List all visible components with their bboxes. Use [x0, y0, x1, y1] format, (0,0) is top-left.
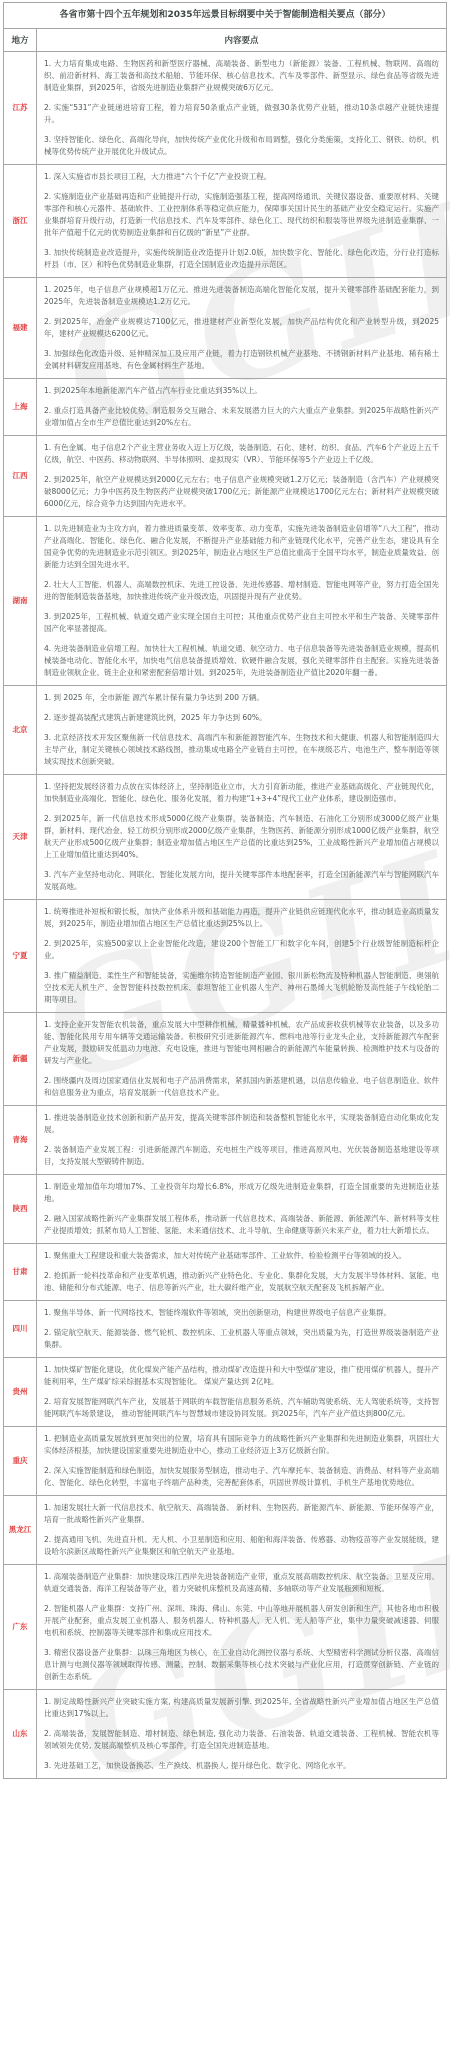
column-header-region: 地方 [4, 28, 37, 51]
table-row: 广东1. 高端装备制造产业集群：加快建设珠江西岸先进装备制造产业带，重点发展高端… [4, 1564, 447, 1689]
content-point: 2. 高端装备，发展智能制造、增材制造、绿色制造, 强化动力装备、石油装备、轨道… [44, 1728, 439, 1752]
region-cell: 上海 [4, 378, 37, 435]
content-cell: 1. 以先进制造业为主攻方向，着力推进质量变革、效率变革、动力变革，实施先进装备… [37, 516, 447, 685]
content-cell: 1. 把制造业高质量发展放到更加突出的位置，培育具有国际竞争力的战略性新兴产业集… [37, 1426, 447, 1495]
region-cell: 江西 [4, 435, 37, 516]
table-row: 天津1. 坚持把发展经济着力点放在实体经济上，坚持制造业立市，大力引育新动能，推… [4, 774, 447, 899]
region-cell: 陕西 [4, 1174, 37, 1243]
table-row: 四川1. 聚焦半导体、新一代网络技术、智能终端软件等领域，突出创新驱动，构建世界… [4, 1300, 447, 1357]
content-point: 2. 装备制造产业发展工程：引进新能源汽车制造、充电桩生产线等项目，推进高原风电… [44, 1144, 439, 1168]
content-point: 2. 深入实施智能制造和绿色制造，加快发展服务型制造，推动电子、汽车摩托车、装备… [44, 1465, 439, 1489]
region-cell: 天津 [4, 774, 37, 899]
region-cell: 山东 [4, 1689, 37, 1778]
content-point: 2. 到2025年，新一代信息技术形成5000亿级产业集群，装备制造、汽车制造、… [44, 813, 439, 861]
region-cell: 浙江 [4, 164, 37, 277]
content-cell: 1. 到 2025 年，全市新能 源汽车累计保有量力争达到 200 万辆。2. … [37, 685, 447, 774]
content-cell: 1. 聚焦半导体、新一代网络技术、智能终端软件等领域，突出创新驱动，构建世界级电… [37, 1300, 447, 1357]
content-point: 2. 实施“531”产业链递进培育工程，着力培育50条重点产业链，做强30条优势… [44, 102, 439, 126]
content-cell: 1. 聚焦重大工程建设和重大装备需求，加大对传统产业基础零部件、工业软件、检验检… [37, 1243, 447, 1300]
content-point: 1. 坚持把发展经济着力点放在实体经济上，坚持制造业立市，大力引育新动能，推进产… [44, 781, 439, 805]
content-point: 2. 围绕疆内及周边国家通信业发展和电子产品消费需求，紧抓国内新基建机遇，以信息… [44, 1075, 439, 1099]
content-cell: 1. 推进装备制造业技术创新和新产品开发，提高关键零部件制造和装备整机智能化水平… [37, 1105, 447, 1174]
table-row: 黑龙江1. 加速发展壮大新一代信息技术、航空航天、高端装备、 新材料、生物医药、… [4, 1495, 447, 1564]
content-point: 2. 培育发展智能网联汽车产业，发展基于网联的车载智能信息服务系统、汽车辅助驾驶… [44, 1396, 439, 1420]
table-row: 宁夏1. 统筹推进补短板和锻长板，加快产业体系升级和基础能力再造，提升产业链供应… [4, 899, 447, 1012]
table-row: 浙江1. 深入实施省市县长项目工程，大力推进“六个千亿”产业投资工程。2. 实施… [4, 164, 447, 277]
content-point: 2. 抢抓新一轮科技革命和产业变革机遇，推动新兴产业特色化、专业化、集群化发展，… [44, 1270, 439, 1294]
region-cell: 宁夏 [4, 899, 37, 1012]
content-point: 3. 汽车产业坚持电动化、网联化、智能化发展方向，提升关键零部件本地配套率，打造… [44, 869, 439, 893]
content-point: 2. 锚定航空航天、能源装备、燃气轮机、数控机床、工业机器人等重点领域，突出质量… [44, 1327, 439, 1351]
content-point: 3. 到2025年，工程机械、轨道交通产业实现全国自主可控；其他重点优势产业自主… [44, 611, 439, 635]
content-point: 1. 以先进制造业为主攻方向，着力推进质量变革、效率变革、动力变革，实施先进装备… [44, 523, 439, 571]
content-point: 3. 加强绿色化改造升级、延伸精深加工及应用产业链，着力打造钢铁机械产业基地、不… [44, 348, 439, 372]
content-point: 3. 先进基础工艺，加快设备换芯、生产换线、机器换人, 提升绿色化、数字化、网络… [44, 1760, 439, 1772]
content-point: 1. 到 2025 年，全市新能 源汽车累计保有量力争达到 200 万辆。 [44, 692, 439, 704]
content-point: 1. 统筹推进补短板和锻长板，加快产业体系升级和基础能力再造，提升产业链供应链现… [44, 906, 439, 930]
content-point: 3. 精密仪器设备产业集群：以珠三角地区为核心，在工业自动化测控仪器与系统、大型… [44, 1647, 439, 1683]
table-row: 江苏1. 大力培育集成电路、生物医药和新型医疗器械、高端装备、新型电力（新能源）… [4, 51, 447, 164]
content-point: 2. 提高通用飞机、先进直升机、无人机、小卫星制造和应用、船舶和海洋装备、传感器… [44, 1534, 439, 1558]
content-point: 2. 重点打造具备产业比较优势、制造服务交互融合、未来发展潜力巨大的六大重点产业… [44, 405, 439, 429]
content-point: 3. 北京经济技术开发区聚焦新一代信息技术、高端汽车和新能源智能汽车、生物技术和… [44, 732, 439, 768]
content-cell: 1. 高端装备制造产业集群：加快建设珠江西岸先进装备制造产业带，重点发展高端数控… [37, 1564, 447, 1689]
content-point: 2. 壮大人工智能、机器人、高端数控机床、先进工控设备、先进传感器、增材制造、智… [44, 579, 439, 603]
content-point: 2. 逐步提高装配式建筑占新建建筑比例，2025 年力争达到 60%。 [44, 712, 439, 724]
title-row: 各省市第十四个五年规划和2035年远景目标纲要中关于智能制造相关要点（部分） [4, 3, 447, 29]
content-cell: 1. 2025年，电子信息产业规模超1万亿元。推进先进装备制造高端化智能化发展，… [37, 277, 447, 378]
content-point: 2. 融入国家战略性新兴产业集群发展工程体系，推动新一代信息技术、高端装备、新能… [44, 1213, 439, 1237]
table-row: 湖南1. 以先进制造业为主攻方向，着力推进质量变革、效率变革、动力变革，实施先进… [4, 516, 447, 685]
table-row: 山东1. 制定战略性新兴产业突破实施方案, 构建高质量发展新引擎. 到2025年… [4, 1689, 447, 1778]
content-cell: 1. 制造业增加值年均增加7%、工业投资年均增长6.8%，形成万亿级先进制造业集… [37, 1174, 447, 1243]
table-row: 重庆1. 把制造业高质量发展放到更加突出的位置，培育具有国际竞争力的战略性新兴产… [4, 1426, 447, 1495]
content-point: 3. 加快传统制造业改造提升，实施传统制造业改造提升计划2.0版，加快数字化、智… [44, 247, 439, 271]
region-cell: 重庆 [4, 1426, 37, 1495]
content-point: 1. 制造业增加值年均增加7%、工业投资年均增长6.8%，形成万亿级先进制造业集… [44, 1181, 439, 1205]
region-cell: 黑龙江 [4, 1495, 37, 1564]
content-cell: 1. 坚持把发展经济着力点放在实体经济上，坚持制造业立市，大力引育新动能，推进产… [37, 774, 447, 899]
region-cell: 新疆 [4, 1012, 37, 1105]
content-cell: 1. 到2025年本地新能源汽车产值占汽车行业比重达到35%以上。2. 重点打造… [37, 378, 447, 435]
content-point: 1. 到2025年本地新能源汽车产值占汽车行业比重达到35%以上。 [44, 385, 439, 397]
content-point: 2. 到2025年，航空产业规模达到2000亿元左右；电子信息产业规模突破1.2… [44, 474, 439, 510]
content-point: 1. 加速发展壮大新一代信息技术、航空航天、高端装备、 新材料、生物医药、新能源… [44, 1502, 439, 1526]
document-page: GGII GGII GGII 各省市第十四个五年规划和2035年远景目标纲要中关… [0, 0, 450, 2069]
content-point: 1. 加快煤矿智能化建设，优化煤炭产能产品结构，推动煤矿改造提升和大中型煤矿建设… [44, 1364, 439, 1388]
region-cell: 四川 [4, 1300, 37, 1357]
table-row: 上海1. 到2025年本地新能源汽车产值占汽车行业比重达到35%以上。2. 重点… [4, 378, 447, 435]
region-cell: 青海 [4, 1105, 37, 1174]
content-point: 1. 聚焦半导体、新一代网络技术、智能终端软件等领域，突出创新驱动，构建世界级电… [44, 1307, 439, 1319]
region-cell: 江苏 [4, 51, 37, 164]
content-point: 3. 坚持智能化、绿色化、高端化导向，加快传统产业优化升级和布局调整，强化分类施… [44, 134, 439, 158]
content-point: 1. 制定战略性新兴产业突破实施方案, 构建高质量发展新引擎. 到2025年, … [44, 1696, 439, 1720]
content-point: 1. 把制造业高质量发展放到更加突出的位置，培育具有国际竞争力的战略性新兴产业集… [44, 1433, 439, 1457]
content-point: 3. 推广精益制造、柔性生产和智能装备，实施维尔铸造智能制造产业园、银川新松物流… [44, 970, 439, 1006]
region-cell: 甘肃 [4, 1243, 37, 1300]
table-row: 青海1. 推进装备制造业技术创新和新产品开发，提高关键零部件制造和装备整机智能化… [4, 1105, 447, 1174]
table-body: 各省市第十四个五年规划和2035年远景目标纲要中关于智能制造相关要点（部分） 地… [4, 3, 447, 1779]
region-cell: 广东 [4, 1564, 37, 1689]
table-row: 陕西1. 制造业增加值年均增加7%、工业投资年均增长6.8%，形成万亿级先进制造… [4, 1174, 447, 1243]
content-cell: 1. 有色金属、电子信息2个产业主营业务收入迈上万亿级，装备制造、石化、建材、纺… [37, 435, 447, 516]
content-point: 4. 先进装备制造业倍增工程。加快壮大工程机械、轨道交通、航空动力、电子信息装备… [44, 643, 439, 679]
content-cell: 1. 制定战略性新兴产业突破实施方案, 构建高质量发展新引擎. 到2025年, … [37, 1689, 447, 1778]
page-title: 各省市第十四个五年规划和2035年远景目标纲要中关于智能制造相关要点（部分） [4, 3, 447, 29]
content-point: 2. 智能机器人产业集群：支持广州、深圳、珠海、佛山、东莞、中山等地开展机器人研… [44, 1603, 439, 1639]
content-cell: 1. 加快煤矿智能化建设，优化煤炭产能产品结构，推动煤矿改造提升和大中型煤矿建设… [37, 1357, 447, 1426]
content-point: 1. 深入实施省市县长项目工程，大力推进“六个千亿”产业投资工程。 [44, 171, 439, 183]
content-point: 1. 大力培育集成电路、生物医药和新型医疗器械、高端装备、新型电力（新能源）装备… [44, 58, 439, 94]
content-cell: 1. 支持企业开发智能农机装备，重点发展大中型耕作机械、精量播种机械、农产品成套… [37, 1012, 447, 1105]
content-point: 1. 推进装备制造业技术创新和新产品开发，提高关键零部件制造和装备整机智能化水平… [44, 1112, 439, 1136]
table-row: 福建1. 2025年，电子信息产业规模超1万亿元。推进先进装备制造高端化智能化发… [4, 277, 447, 378]
table-row: 北京1. 到 2025 年，全市新能 源汽车累计保有量力争达到 200 万辆。2… [4, 685, 447, 774]
region-cell: 北京 [4, 685, 37, 774]
content-point: 1. 高端装备制造产业集群：加快建设珠江西岸先进装备制造产业带，重点发展高端数控… [44, 1571, 439, 1595]
content-point: 1. 2025年，电子信息产业规模超1万亿元。推进先进装备制造高端化智能化发展，… [44, 284, 439, 308]
content-cell: 1. 加速发展壮大新一代信息技术、航空航天、高端装备、 新材料、生物医药、新能源… [37, 1495, 447, 1564]
content-point: 1. 支持企业开发智能农机装备，重点发展大中型耕作机械、精量播种机械、农产品成套… [44, 1019, 439, 1067]
table-row: 甘肃1. 聚焦重大工程建设和重大装备需求，加大对传统产业基础零部件、工业软件、检… [4, 1243, 447, 1300]
content-point: 2. 到2025年，冶金产业规模达7100亿元，推进建材产业新型化发展，加快产品… [44, 316, 439, 340]
content-point: 2. 到2025年，实施500家以上企业智能化改造，建设200个智能工厂和数字化… [44, 938, 439, 962]
content-cell: 1. 大力培育集成电路、生物医药和新型医疗器械、高端装备、新型电力（新能源）装备… [37, 51, 447, 164]
content-cell: 1. 统筹推进补短板和锻长板，加快产业体系升级和基础能力再造，提升产业链供应链现… [37, 899, 447, 1012]
table-row: 新疆1. 支持企业开发智能农机装备，重点发展大中型耕作机械、精量播种机械、农产品… [4, 1012, 447, 1105]
content-cell: 1. 深入实施省市县长项目工程，大力推进“六个千亿”产业投资工程。2. 实施制造… [37, 164, 447, 277]
content-point: 1. 有色金属、电子信息2个产业主营业务收入迈上万亿级，装备制造、石化、建材、纺… [44, 442, 439, 466]
table-row: 贵州1. 加快煤矿智能化建设，优化煤炭产能产品结构，推动煤矿改造提升和大中型煤矿… [4, 1357, 447, 1426]
header-row: 地方 内容要点 [4, 28, 447, 51]
content-point: 1. 聚焦重大工程建设和重大装备需求，加大对传统产业基础零部件、工业软件、检验检… [44, 1250, 439, 1262]
region-cell: 福建 [4, 277, 37, 378]
plan-table: 各省市第十四个五年规划和2035年远景目标纲要中关于智能制造相关要点（部分） 地… [3, 2, 447, 1779]
region-cell: 湖南 [4, 516, 37, 685]
region-cell: 贵州 [4, 1357, 37, 1426]
table-row: 江西1. 有色金属、电子信息2个产业主营业务收入迈上万亿级，装备制造、石化、建材… [4, 435, 447, 516]
content-point: 2. 实施制造业产业基础再造和产业链提升行动，实施制造强基工程，提高网络通讯、关… [44, 191, 439, 239]
column-header-content: 内容要点 [37, 28, 447, 51]
